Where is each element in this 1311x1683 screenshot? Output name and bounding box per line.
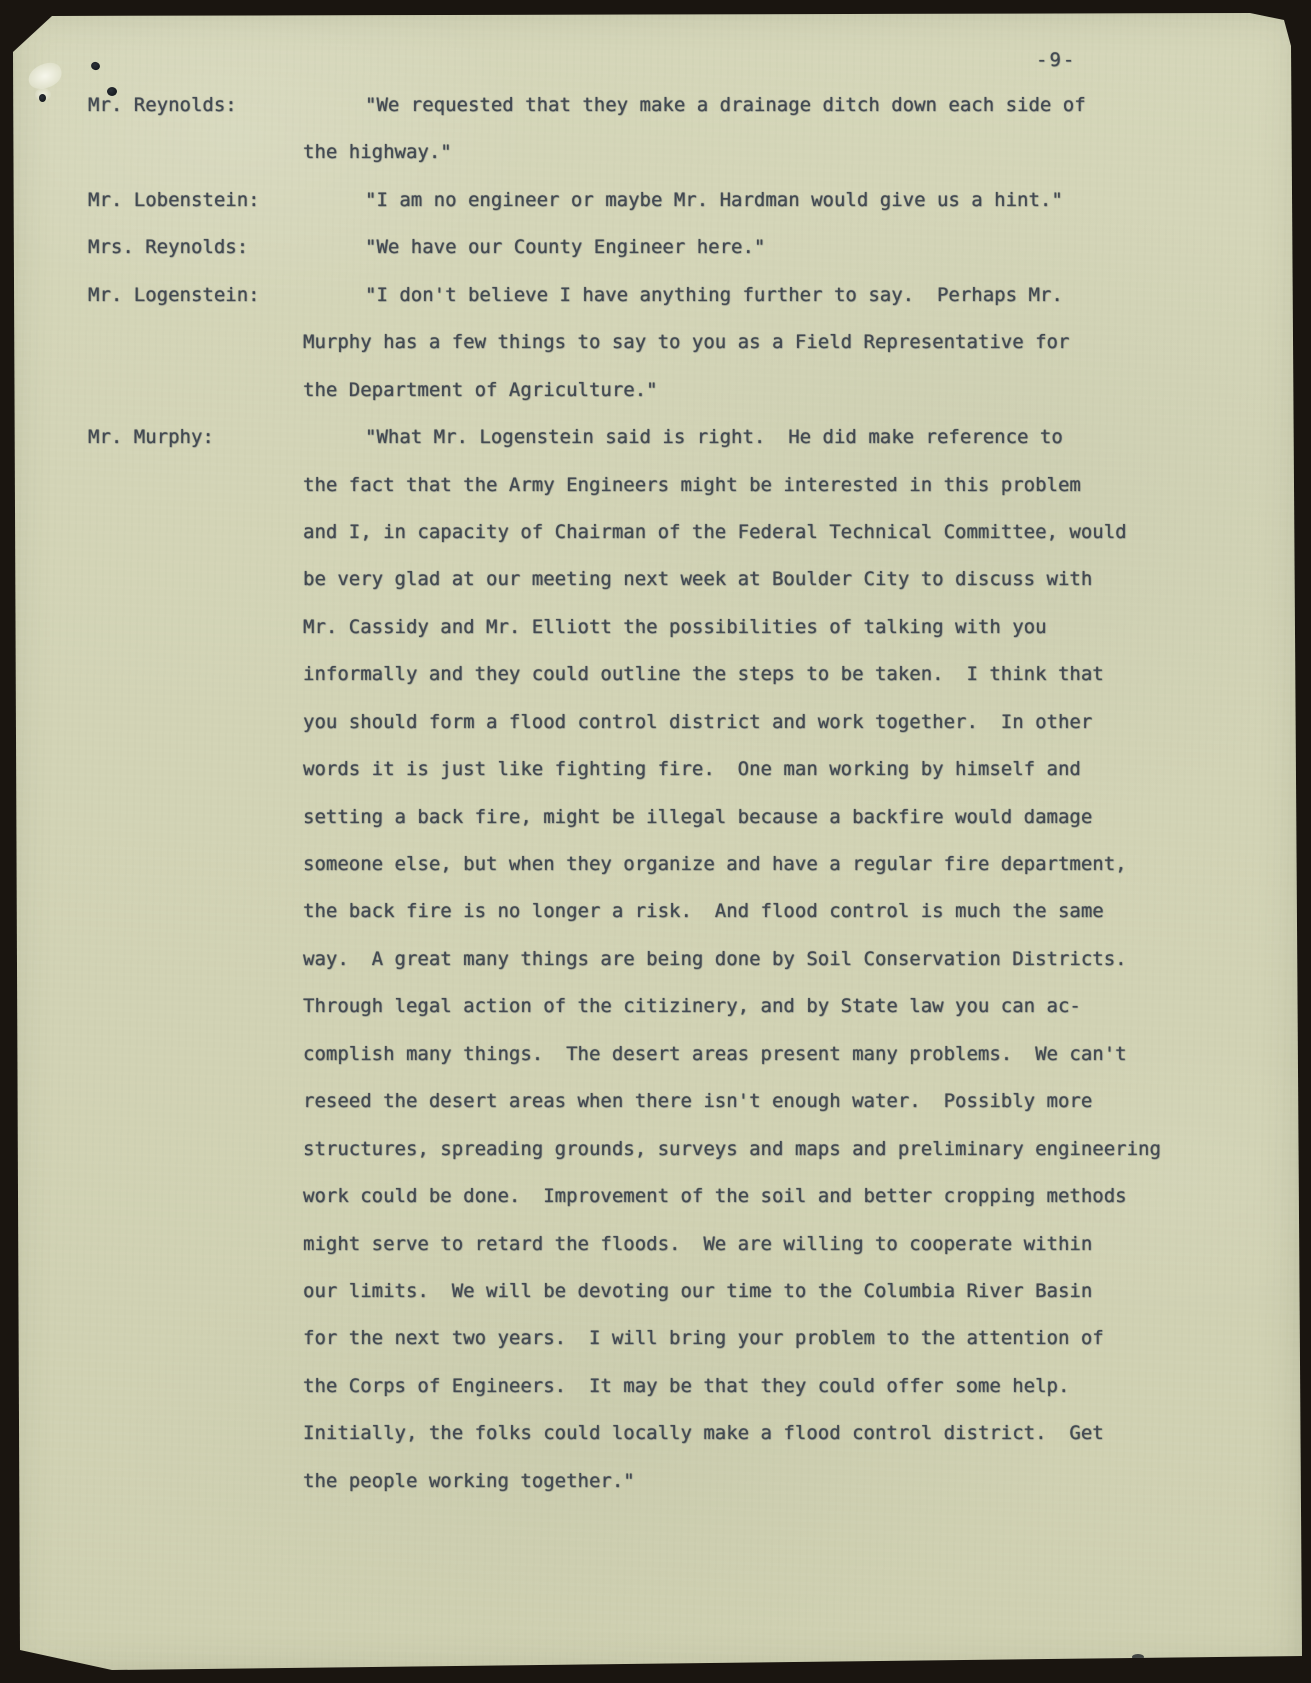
dialogue-line: Mr. Logenstein: "I don't believe I have …: [0, 272, 1311, 319]
dialogue-line: the Department of Agriculture.": [0, 367, 1311, 414]
dialogue-text: setting a back fire, might be illegal be…: [303, 794, 1092, 841]
dialogue-line: Murphy has a few things to say to you as…: [0, 319, 1311, 366]
dialogue-text: work could be done. Improvement of the s…: [303, 1173, 1127, 1220]
dialogue-text: words it is just like fighting fire. One…: [303, 746, 1081, 793]
transcript: Mr. Reynolds: "We requested that they ma…: [0, 82, 1311, 1505]
dialogue-line: setting a back fire, might be illegal be…: [0, 794, 1311, 841]
dialogue-line: words it is just like fighting fire. One…: [0, 746, 1311, 793]
dialogue-line: you should form a flood control district…: [0, 699, 1311, 746]
dialogue-text: be very glad at our meeting next week at…: [303, 556, 1092, 603]
dialogue-line: our limits. We will be devoting our time…: [0, 1268, 1311, 1315]
dialogue-line: work could be done. Improvement of the s…: [0, 1173, 1311, 1220]
dialogue-line: way. A great many things are being done …: [0, 936, 1311, 983]
dialogue-line: and I, in capacity of Chairman of the Fe…: [0, 509, 1311, 556]
dialogue-text: Murphy has a few things to say to you as…: [303, 319, 1069, 366]
dialogue-text: "I am no engineer or maybe Mr. Hardman w…: [365, 177, 1063, 224]
dialogue-line: might serve to retard the floods. We are…: [0, 1221, 1311, 1268]
dialogue-line: Mr. Murphy: "What Mr. Logenstein said is…: [0, 414, 1311, 461]
page-number: -9-: [1036, 49, 1076, 71]
dialogue-text: you should form a flood control district…: [303, 699, 1092, 746]
ink-spot: [90, 61, 101, 72]
dialogue-text: Mr. Cassidy and Mr. Elliott the possibil…: [303, 604, 1047, 651]
document-page: -9- Mr. Reynolds: "We requested that the…: [0, 0, 1311, 1683]
dialogue-line: the back fire is no longer a risk. And f…: [0, 888, 1311, 935]
dialogue-line: be very glad at our meeting next week at…: [0, 556, 1311, 603]
dialogue-text: for the next two years. I will bring you…: [303, 1315, 1104, 1362]
dialogue-line: Mr. Lobenstein: "I am no engineer or may…: [0, 177, 1311, 224]
dialogue-text: the highway.": [303, 129, 452, 176]
dialogue-text: "What Mr. Logenstein said is right. He d…: [365, 414, 1063, 461]
speaker-label: Mr. Reynolds:: [88, 82, 237, 129]
dialogue-text: "We have our County Engineer here.": [365, 224, 765, 271]
speaker-label: Mr. Lobenstein:: [88, 177, 260, 224]
dialogue-line: Through legal action of the citizinery, …: [0, 983, 1311, 1030]
dialogue-line: reseed the desert areas when there isn't…: [0, 1078, 1311, 1125]
dialogue-text: the fact that the Army Engineers might b…: [303, 462, 1081, 509]
dialogue-text: our limits. We will be devoting our time…: [303, 1268, 1092, 1315]
dialogue-text: the Department of Agriculture.": [303, 367, 658, 414]
dialogue-text: reseed the desert areas when there isn't…: [303, 1078, 1092, 1125]
dialogue-line: the highway.": [0, 129, 1311, 176]
dialogue-text: someone else, but when they organize and…: [303, 841, 1127, 888]
dialogue-text: Initially, the folks could locally make …: [303, 1410, 1104, 1457]
dialogue-text: informally and they could outline the st…: [303, 651, 1104, 698]
dialogue-line: someone else, but when they organize and…: [0, 841, 1311, 888]
dialogue-text: way. A great many things are being done …: [303, 936, 1127, 983]
dialogue-line: Initially, the folks could locally make …: [0, 1410, 1311, 1457]
dialogue-text: complish many things. The desert areas p…: [303, 1031, 1127, 1078]
dialogue-text: the Corps of Engineers. It may be that t…: [303, 1363, 1069, 1410]
dialogue-line: structures, spreading grounds, surveys a…: [0, 1126, 1311, 1173]
dialogue-line: for the next two years. I will bring you…: [0, 1315, 1311, 1362]
dialogue-text: and I, in capacity of Chairman of the Fe…: [303, 509, 1127, 556]
speaker-label: Mrs. Reynolds:: [88, 224, 248, 271]
dialogue-line: the fact that the Army Engineers might b…: [0, 462, 1311, 509]
dialogue-text: might serve to retard the floods. We are…: [303, 1221, 1092, 1268]
speaker-label: Mr. Logenstein:: [88, 272, 260, 319]
dialogue-text: the back fire is no longer a risk. And f…: [303, 888, 1104, 935]
dialogue-text: structures, spreading grounds, surveys a…: [303, 1126, 1161, 1173]
dialogue-text: "I don't believe I have anything further…: [365, 272, 1063, 319]
dialogue-text: the people working together.": [303, 1458, 635, 1505]
edge-speck: [1132, 1654, 1144, 1660]
dialogue-line: Mr. Cassidy and Mr. Elliott the possibil…: [0, 604, 1311, 651]
dialogue-line: Mrs. Reynolds: "We have our County Engin…: [0, 224, 1311, 271]
dialogue-line: complish many things. The desert areas p…: [0, 1031, 1311, 1078]
dialogue-line: Mr. Reynolds: "We requested that they ma…: [0, 82, 1311, 129]
scan-background: -9- Mr. Reynolds: "We requested that the…: [0, 0, 1311, 1683]
dialogue-text: Through legal action of the citizinery, …: [303, 983, 1081, 1030]
speaker-label: Mr. Murphy:: [88, 414, 214, 461]
dialogue-line: the Corps of Engineers. It may be that t…: [0, 1363, 1311, 1410]
dialogue-line: informally and they could outline the st…: [0, 651, 1311, 698]
dialogue-text: "We requested that they make a drainage …: [365, 82, 1086, 129]
dialogue-line: the people working together.": [0, 1458, 1311, 1505]
